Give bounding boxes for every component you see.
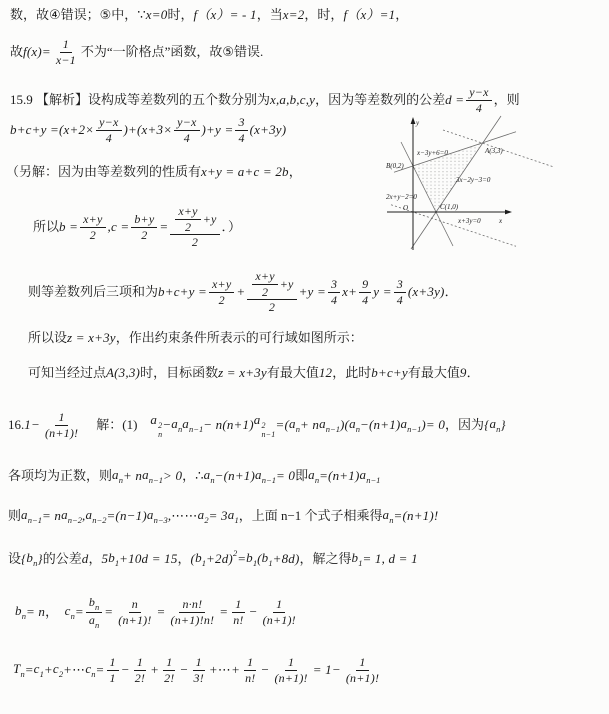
line-16-positive-terms: 各项均为正数，则an+ nan−1> 0，∴an−(n+1)an−1= 0 即 … bbox=[8, 466, 380, 486]
line-16-telescoping-product: 则an−1= nan−2,an−2=(n−1)an−3,⋯⋯a2= 3a1，上面… bbox=[8, 506, 438, 526]
line-16-cn-formula: bn= n， cn=bnan=n(n+1)!=n·n!(n+1)!n!=1n!−… bbox=[15, 590, 301, 634]
line-16-bn-common-difference: 设{bn}的公差 d，5b1+10d = 15，(b1+2d)2= b1(b1+… bbox=[8, 549, 418, 569]
line-15-9-alt-b-c: 所以b =x+y2,c =b+y2=x+y2+y2．） bbox=[33, 196, 241, 258]
origin-label: O bbox=[403, 204, 408, 212]
line-15-9-objective-setup: 所以设 z = x+3y，作出约束条件所表示的可行域如图所示： bbox=[28, 329, 363, 347]
label-objective-line: x+3y=0 bbox=[457, 217, 481, 225]
x-axis-label: x bbox=[498, 217, 503, 225]
line-15-9-alt-note: （另解：因为由等差数列的性质有 x+y = a+c = 2b， bbox=[6, 163, 302, 181]
line-16-part1-factoring: 16. 1−1(n+1)! 解：(1) a2n− anan−1− n(n+1)a… bbox=[8, 405, 506, 445]
line-15-9-sum-expansion: b+c+y =(x+2×y−x4)+(x+3×y−x4)+y =34(x+3y) bbox=[10, 112, 286, 148]
line-16-tn-sum: Tn=c1+c2+⋯cn=11−12!+12!−13!+⋯+1n!−1(n+1)… bbox=[13, 648, 384, 692]
point-b-label: B(0,2) bbox=[386, 162, 404, 170]
line-item5-check: 数，故④错误；⑤中，∵x=0 时，f（x）= - 1，当 x=2，时，f（x）=… bbox=[10, 6, 408, 24]
y-axis-arrow-icon bbox=[411, 117, 416, 124]
scanned-solution-page: 数，故④错误；⑤中，∵x=0 时，f（x）= - 1，当 x=2，时，f（x）=… bbox=[0, 0, 609, 714]
label-line-bc: 2x+y−2=0 bbox=[386, 193, 417, 201]
y-axis-label: y bbox=[415, 119, 420, 127]
x-axis-arrow-icon bbox=[505, 210, 512, 215]
line-item5-conclusion: 故f(x)=1x−1不为“一阶格点”函数，故⑤错误. bbox=[10, 34, 263, 70]
point-a-label: A(3,3) bbox=[484, 147, 503, 155]
line-15-9-max-conclusion: 可知当经过点 A(3,3) 时，目标函数 z = x+3y 有最大值12，此时 … bbox=[28, 364, 480, 382]
label-line-ab: x−3y+6=0 bbox=[416, 149, 448, 157]
label-line-ca: 3x−2y−3=0 bbox=[455, 176, 491, 184]
feasible-region-graph: y x O B(0,2) A(3,3) C(1,0) x−3y+6=0 3x−2… bbox=[385, 112, 597, 253]
point-c-label: C(1,0) bbox=[440, 203, 459, 211]
line-15-9-last-three-sum: 则等差数列后三项和为b+c+y =x+y2+x+y2+y2+y =34x+94y… bbox=[28, 262, 458, 322]
